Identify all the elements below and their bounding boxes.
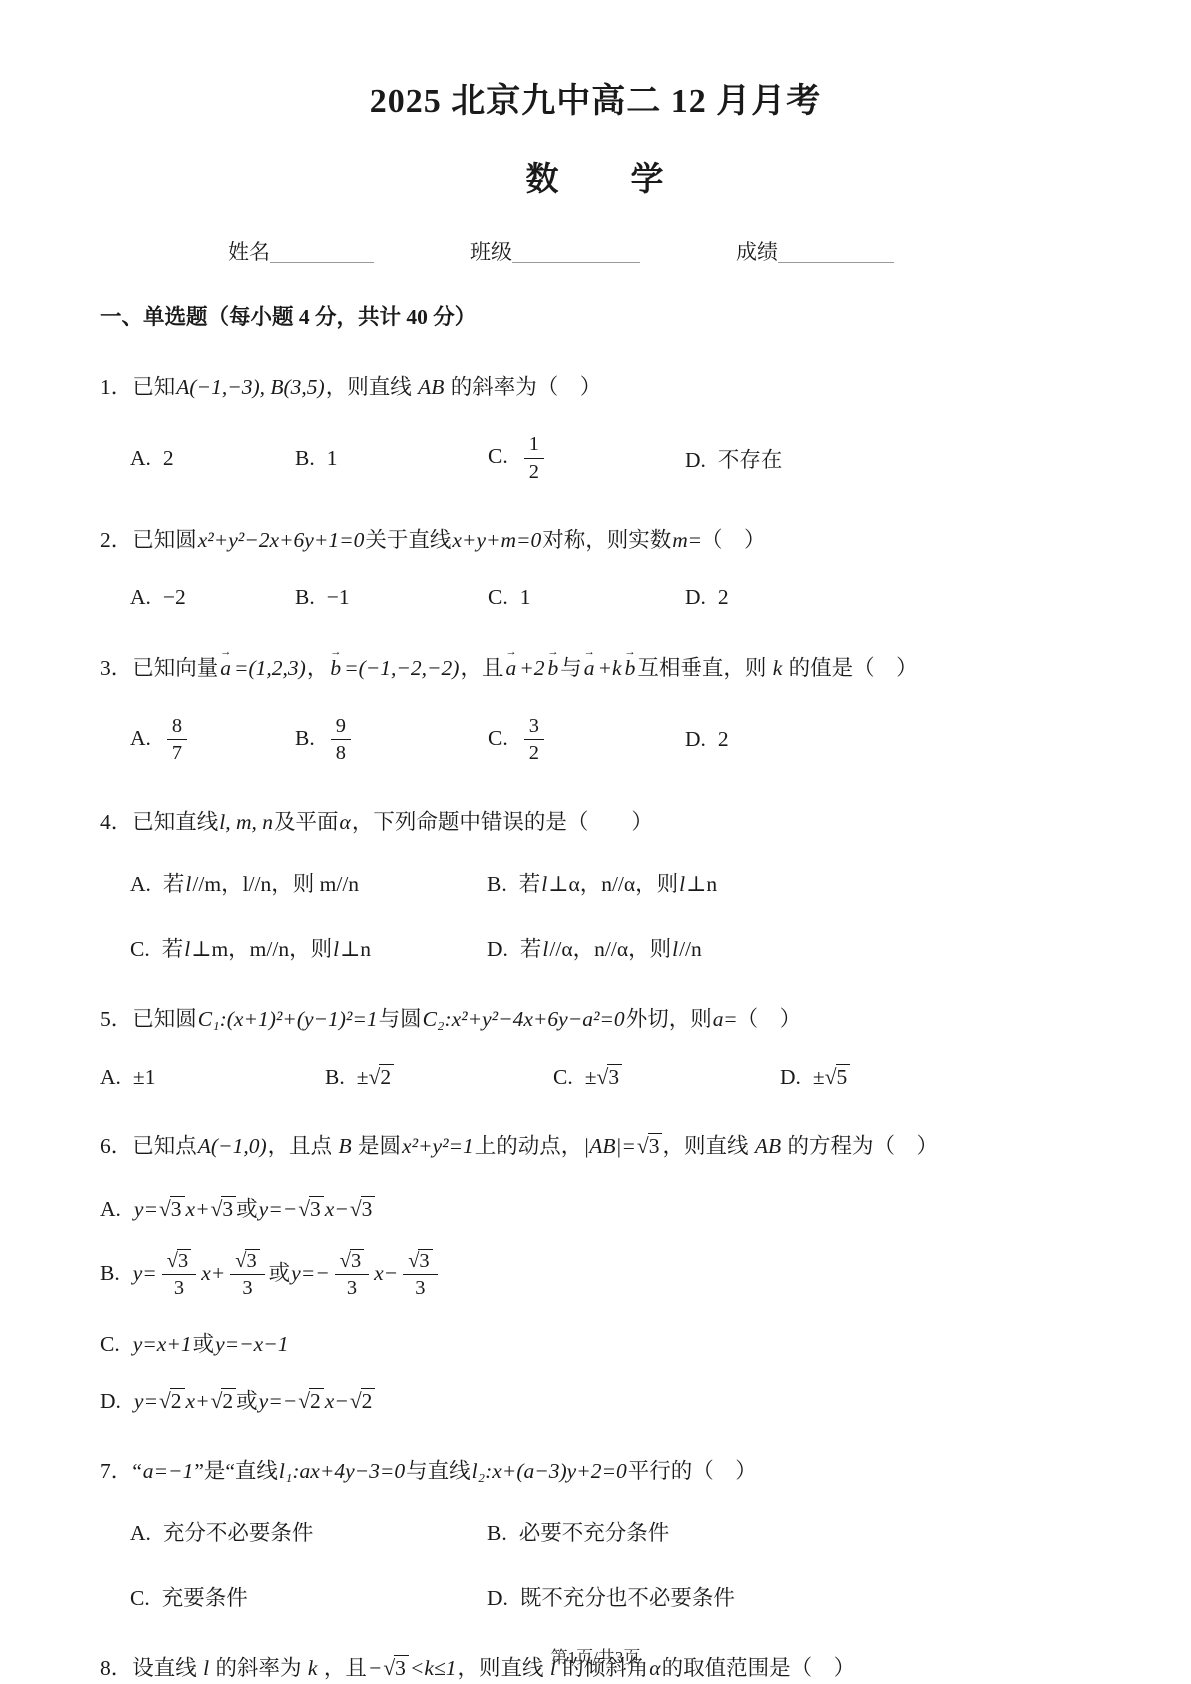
question-6-stem: 6．已知点A(−1,0)，且点 B 是圆x²+y²=1上的动点，|AB|=√3，… <box>100 1130 1091 1163</box>
text-run: ， <box>307 656 329 680</box>
math-run: l, m, n <box>218 810 274 834</box>
question-4-option-B: B.若l⊥α，n//α，则l⊥n <box>487 867 1091 898</box>
sqrt-expression: √3 <box>167 1249 191 1274</box>
text-run: 2 <box>718 585 729 609</box>
sqrt-expression: √2 <box>350 1388 376 1414</box>
text-run: 4．已知直线 <box>100 810 218 834</box>
text-run: ± <box>585 1065 597 1089</box>
text-run: 必要不充分条件 <box>519 1521 670 1545</box>
sqrt-expression: √3 <box>211 1196 237 1222</box>
fraction: √33 <box>162 1249 196 1301</box>
text-run: 若 <box>520 937 542 961</box>
math-run: y= <box>133 1197 159 1221</box>
fraction: 12 <box>524 432 544 484</box>
text-run: 8 <box>336 742 346 764</box>
question-4-stem: 4．已知直线l, m, n及平面α，下列命题中错误的是（ ） <box>100 806 1091 839</box>
text-run: 不存在 <box>718 448 783 472</box>
sqrt-expression: √2 <box>369 1064 395 1090</box>
option-label: D. <box>100 1389 121 1413</box>
question-1-options: A.2B.1C.12D.不存在 <box>100 432 1091 484</box>
text-run: ±1 <box>133 1065 156 1089</box>
math-run: x− <box>373 1261 399 1285</box>
radicand: 2 <box>221 1388 236 1414</box>
text-run: 5 <box>837 1065 848 1089</box>
name-blank-line <box>270 261 374 263</box>
option-label: B. <box>487 872 507 896</box>
math-run: x²+y²=1 <box>401 1134 475 1158</box>
text-run: 与直线 <box>406 1459 471 1483</box>
vector-symbol: a <box>582 652 597 685</box>
option-content: 2 <box>163 446 174 470</box>
math-run: +k <box>597 656 623 680</box>
question-1-option-D: D.不存在 <box>685 443 1091 474</box>
option-content: y=x+1或y=−x−1 <box>132 1332 290 1356</box>
question-6-option-A: A.y=√3x+√3或y=−√3x−√3 <box>100 1192 1091 1223</box>
question-7-stem: 7．“a=−1”是“直线l₁:ax+4y−3=0与直线l₂:x+(a−3)y+2… <box>100 1455 1091 1488</box>
class-field: 班级 <box>470 236 640 266</box>
radicand: 3 <box>170 1196 185 1222</box>
text-run: 与圆 <box>379 1007 422 1031</box>
text-run: 外切，则 <box>626 1007 712 1031</box>
question-5-option-D: D.±√5 <box>780 1064 1091 1090</box>
sqrt-expression: √3 <box>340 1249 364 1274</box>
text-run: 2 <box>718 727 729 751</box>
question-2-option-B: B.−1 <box>295 585 488 610</box>
math-run: y=x+1 <box>132 1332 193 1356</box>
sqrt-expression: √5 <box>825 1064 851 1090</box>
text-run: 既不充分也不必要条件 <box>520 1586 735 1610</box>
question-5-options: A.±1B.±√2C.±√3D.±√5 <box>100 1064 1091 1090</box>
radicand: 3 <box>361 1196 376 1222</box>
option-content: ±√2 <box>357 1065 394 1089</box>
vector-symbol: b <box>623 652 638 685</box>
option-label: B. <box>325 1065 345 1089</box>
text-run: ⊥n <box>686 872 717 896</box>
option-label: A. <box>130 726 151 750</box>
option-content: 32 <box>520 726 548 750</box>
denominator: 3 <box>230 1275 264 1301</box>
question-3: 3．已知向量a=(1,2,3)，b=(−1,−2,−2)，且a+2b与a+kb互… <box>100 650 1091 765</box>
fraction: 87 <box>167 714 187 766</box>
text-run: 3 <box>608 1065 619 1089</box>
question-7-option-B: B.必要不充分条件 <box>487 1516 1091 1547</box>
sqrt-expression: √3 <box>235 1249 259 1274</box>
text-run: ± <box>813 1065 825 1089</box>
text-run: 3 <box>415 1277 425 1299</box>
text-run: ，则直线 <box>326 375 417 399</box>
option-content: 1 <box>327 446 338 470</box>
option-content: ±√3 <box>585 1065 622 1089</box>
math-run: l <box>332 937 340 961</box>
math-run: |AB|= <box>582 1134 637 1158</box>
option-label: B. <box>100 1261 120 1285</box>
text-run: 2 <box>163 446 174 470</box>
question-2-options: A.−2B.−1C.1D.2 <box>100 585 1091 610</box>
math-run: l₁:ax+4y−3=0 <box>278 1459 406 1483</box>
text-run: 2 <box>529 461 539 483</box>
math-run: x+ <box>200 1261 226 1285</box>
text-run: 或 <box>236 1197 258 1221</box>
text-run: 1 <box>520 585 531 609</box>
text-run: ，且 <box>460 656 503 680</box>
radicand: 3 <box>221 1196 236 1222</box>
text-run: 若 <box>162 937 184 961</box>
option-label: C. <box>553 1065 573 1089</box>
denominator: 3 <box>162 1275 196 1301</box>
text-run: 的斜率为（ ） <box>445 375 601 399</box>
radicand: 5 <box>836 1064 851 1090</box>
text-run: ⊥n <box>340 937 371 961</box>
math-run: m <box>671 528 689 552</box>
option-content: y=√33x+√33或y=−√33x−√33 <box>132 1261 442 1285</box>
option-label: B. <box>295 726 315 750</box>
question-4-option-A: A.若l//m，l//n，则 m//n <box>130 867 487 898</box>
page-content: 2025 北京九中高二 12 月月考 数 学 姓名 班级 成绩 一、单选题（每小… <box>0 0 1191 1684</box>
option-label: B. <box>295 585 315 609</box>
text-run: 6．已知点 <box>100 1134 197 1158</box>
math-run: =(1,2,3) <box>233 656 307 680</box>
vector-symbol: b <box>328 652 343 685</box>
page-title: 2025 北京九中高二 12 月月考 <box>100 0 1091 123</box>
sqrt-expression: √3 <box>298 1196 324 1222</box>
text-run: 互相垂直，则 <box>637 656 771 680</box>
numerator: 8 <box>167 714 187 741</box>
text-run: 3 <box>347 1277 357 1299</box>
fraction: √33 <box>230 1249 264 1301</box>
sqrt-expression: √3 <box>408 1249 432 1274</box>
math-run: AB <box>417 375 445 399</box>
text-run: 3 <box>222 1197 233 1221</box>
text-run: 的方程为（ ） <box>782 1134 938 1158</box>
question-5-option-A: A.±1 <box>100 1065 325 1090</box>
radicand: 2 <box>170 1388 185 1414</box>
section-heading: 一、单选题（每小题 4 分，共计 40 分） <box>100 300 1091 331</box>
text-run: 或 <box>236 1389 258 1413</box>
option-label: A. <box>130 585 151 609</box>
question-3-option-C: C.32 <box>488 714 685 766</box>
option-content: 若l//m，l//n，则 m//n <box>163 872 359 896</box>
text-run: ，且点 <box>268 1134 338 1158</box>
denominator: 3 <box>403 1275 437 1301</box>
text-run: 或 <box>193 1332 215 1356</box>
radicand: 3 <box>309 1196 324 1222</box>
question-1-option-C: C.12 <box>488 432 685 484</box>
option-content: 必要不充分条件 <box>519 1521 670 1545</box>
text-run: ⊥m，m//n，则 <box>191 937 332 961</box>
text-run: 3．已知向量 <box>100 656 218 680</box>
question-6-option-D: D.y=√2x+√2或y=−√2x−√2 <box>100 1384 1091 1415</box>
math-run: A(−1,−3), B(3,5) <box>175 375 325 399</box>
math-run: l <box>678 872 686 896</box>
text-run: 与 <box>560 656 582 680</box>
question-1-stem: 1．已知A(−1,−3), B(3,5)，则直线 AB 的斜率为（ ） <box>100 371 1091 404</box>
math-run: =(−1,−2,−2) <box>343 656 460 680</box>
radicand: 3 <box>648 1133 663 1159</box>
page-footer: 第1页/共3页 <box>0 1643 1191 1668</box>
page-number: 第1页/共3页 <box>551 1648 641 1667</box>
text-run: 3 <box>351 1250 361 1272</box>
math-run: x+y+m=0 <box>451 528 542 552</box>
text-run: ± <box>357 1065 369 1089</box>
fraction: √33 <box>335 1249 369 1301</box>
numerator: 9 <box>331 714 351 741</box>
radicand: 3 <box>177 1249 191 1273</box>
math-run: y=−x−1 <box>214 1332 289 1356</box>
name-label: 姓名 <box>228 236 270 266</box>
option-label: D. <box>487 937 508 961</box>
question-1-option-A: A.2 <box>130 446 295 471</box>
text-run: 2 <box>310 1389 321 1413</box>
question-3-option-D: D.2 <box>685 727 1091 752</box>
option-content: −1 <box>327 585 350 609</box>
text-run: ，则直线 <box>662 1134 753 1158</box>
text-run: 3 <box>362 1197 373 1221</box>
math-run: x+ <box>185 1197 211 1221</box>
sqrt-expression: √3 <box>350 1196 376 1222</box>
question-6-option-C: C.y=x+1或y=−x−1 <box>100 1327 1091 1358</box>
sqrt-expression: √2 <box>159 1388 185 1414</box>
text-run: 2 <box>362 1389 373 1413</box>
option-label: A. <box>100 1197 121 1221</box>
class-label: 班级 <box>470 236 512 266</box>
text-run: 1 <box>529 433 539 455</box>
math-run: x− <box>324 1197 350 1221</box>
question-5-option-C: C.±√3 <box>553 1064 780 1090</box>
option-label: A. <box>130 1521 151 1545</box>
math-run: y= <box>132 1261 158 1285</box>
question-7-option-C: C.充要条件 <box>130 1581 487 1612</box>
option-content: 若l⊥α，n//α，则l⊥n <box>519 872 717 896</box>
option-label: A. <box>130 872 151 896</box>
denominator: 2 <box>524 459 544 485</box>
sqrt-expression: √3 <box>637 1130 663 1163</box>
question-4-option-D: D.若l//α，n//α，则l//n <box>487 932 1091 963</box>
text-run: 9 <box>336 715 346 737</box>
option-label: C. <box>130 937 150 961</box>
math-run: AB <box>754 1134 782 1158</box>
option-label: C. <box>488 585 508 609</box>
text-run: 2 <box>222 1389 233 1413</box>
denominator: 7 <box>167 740 187 766</box>
question-3-options: A.87B.98C.32D.2 <box>100 714 1091 766</box>
question-3-stem: 3．已知向量a=(1,2,3)，b=(−1,−2,−2)，且a+2b与a+kb互… <box>100 650 1091 685</box>
text-run: 3 <box>310 1197 321 1221</box>
option-label: D. <box>685 448 706 472</box>
exam-page: 2025 北京九中高二 12 月月考 数 学 姓名 班级 成绩 一、单选题（每小… <box>0 0 1191 1684</box>
class-blank-line <box>512 261 640 263</box>
numerator: √3 <box>230 1249 264 1276</box>
math-run: x²+y²−2x+6y+1=0 <box>197 528 366 552</box>
question-6-options: A.y=√3x+√3或y=−√3x−√3B.y=√33x+√33或y=−√33x… <box>100 1192 1091 1415</box>
text-run: 平行的（ ） <box>628 1459 757 1483</box>
question-6-option-B: B.y=√33x+√33或y=−√33x−√33 <box>100 1249 1091 1301</box>
text-run: 3 <box>649 1134 660 1158</box>
fraction: √33 <box>403 1249 437 1301</box>
option-content: 若l⊥m，m//n，则l⊥n <box>162 937 371 961</box>
question-2-stem: 2．已知圆x²+y²−2x+6y+1=0关于直线x+y+m=0对称，则实数m=（… <box>100 524 1091 557</box>
option-label: A. <box>100 1065 121 1089</box>
subject-title: 数 学 <box>100 153 1091 200</box>
question-7: 7．“a=−1”是“直线l₁:ax+4y−3=0与直线l₂:x+(a−3)y+2… <box>100 1455 1091 1612</box>
text-run: 2 <box>380 1065 391 1089</box>
option-label: D. <box>487 1586 508 1610</box>
radicand: 2 <box>361 1388 376 1414</box>
option-content: 2 <box>718 727 729 751</box>
name-field: 姓名 <box>228 236 374 266</box>
fraction: 32 <box>524 714 544 766</box>
radicand: 3 <box>245 1249 259 1273</box>
question-7-options: A.充分不必要条件B.必要不充分条件C.充要条件D.既不充分也不必要条件 <box>100 1516 1091 1612</box>
question-1: 1．已知A(−1,−3), B(3,5)，则直线 AB 的斜率为（ ）A.2B.… <box>100 371 1091 484</box>
sqrt-expression: √3 <box>159 1196 185 1222</box>
text-run: //m，l//n，则 m//n <box>192 872 359 896</box>
text-run: 7 <box>172 742 182 764</box>
math-run: B <box>338 1134 353 1158</box>
math-run: α <box>339 810 352 834</box>
option-content: ±1 <box>133 1065 156 1089</box>
text-run: 3 <box>419 1250 429 1272</box>
text-run: 2．已知圆 <box>100 528 197 552</box>
option-label: B. <box>295 446 315 470</box>
math-run: a=−1 <box>142 1459 195 1483</box>
math-run: y=− <box>290 1261 331 1285</box>
option-content: 98 <box>327 726 355 750</box>
text-run: 的值是（ ） <box>783 656 917 680</box>
math-run: x− <box>324 1389 350 1413</box>
text-run: 3 <box>174 1277 184 1299</box>
text-run: 3 <box>242 1277 252 1299</box>
denominator: 8 <box>331 740 351 766</box>
sqrt-expression: √3 <box>597 1064 623 1090</box>
numerator: 3 <box>524 714 544 741</box>
text-run: 7．“ <box>100 1459 142 1483</box>
question-2-option-D: D.2 <box>685 585 1091 610</box>
option-label: C. <box>130 1586 150 1610</box>
text-run: 及平面 <box>274 810 339 834</box>
text-run: =（ ） <box>689 528 766 552</box>
text-run: 2 <box>171 1389 182 1413</box>
text-run: //α，n//α，则 <box>549 937 671 961</box>
denominator: 2 <box>524 740 544 766</box>
text-run: 1．已知 <box>100 375 175 399</box>
text-run: 上的动点， <box>475 1134 583 1158</box>
option-content: −2 <box>163 585 186 609</box>
numerator: √3 <box>403 1249 437 1276</box>
text-run: 充分不必要条件 <box>163 1521 314 1545</box>
score-label: 成绩 <box>736 236 778 266</box>
text-run: 若 <box>519 872 541 896</box>
question-3-option-B: B.98 <box>295 714 488 766</box>
text-run: 8 <box>172 715 182 737</box>
option-content: 2 <box>718 585 729 609</box>
text-run: =（ ） <box>724 1007 801 1031</box>
sqrt-expression: √2 <box>211 1388 237 1414</box>
text-run: 关于直线 <box>365 528 451 552</box>
math-run: k <box>772 656 784 680</box>
text-run: 3 <box>178 1250 188 1272</box>
text-run: 或 <box>269 1261 291 1285</box>
fraction: 98 <box>331 714 351 766</box>
score-blank-line <box>778 261 894 263</box>
question-5-stem: 5．已知圆C₁:(x+1)²+(y−1)²=1与圆C₂:x²+y²−4x+6y−… <box>100 1003 1091 1036</box>
radicand: 2 <box>309 1388 324 1414</box>
radicand: 3 <box>350 1249 364 1273</box>
option-content: 若l//α，n//α，则l//n <box>520 937 702 961</box>
option-label: D. <box>780 1065 801 1089</box>
option-content: 12 <box>520 444 548 468</box>
question-7-option-D: D.既不充分也不必要条件 <box>487 1581 1091 1612</box>
math-run: y=− <box>258 1389 299 1413</box>
numerator: √3 <box>162 1249 196 1276</box>
text-run: 充要条件 <box>162 1586 248 1610</box>
text-run: ⊥α，n//α，则 <box>548 872 678 896</box>
math-run: y= <box>133 1389 159 1413</box>
text-run: ”是“直线 <box>194 1459 278 1483</box>
question-5: 5．已知圆C₁:(x+1)²+(y−1)²=1与圆C₂:x²+y²−4x+6y−… <box>100 1003 1091 1090</box>
question-4: 4．已知直线l, m, n及平面α，下列命题中错误的是（ ）A.若l//m，l/… <box>100 806 1091 963</box>
option-content: ±√5 <box>813 1065 850 1089</box>
text-run: 5．已知圆 <box>100 1007 197 1031</box>
option-content: 1 <box>520 585 531 609</box>
radicand: 2 <box>379 1064 394 1090</box>
option-label: B. <box>487 1521 507 1545</box>
question-2-option-A: A.−2 <box>130 585 295 610</box>
math-run: l <box>671 937 679 961</box>
question-6: 6．已知点A(−1,0)，且点 B 是圆x²+y²=1上的动点，|AB|=√3，… <box>100 1130 1091 1414</box>
math-run: +2 <box>518 656 545 680</box>
text-run: 是圆 <box>353 1134 401 1158</box>
math-run: C₁:(x+1)²+(y−1)²=1 <box>197 1007 379 1031</box>
score-field: 成绩 <box>736 236 894 266</box>
text-run: 3 <box>246 1250 256 1272</box>
option-label: D. <box>685 727 706 751</box>
numerator: √3 <box>335 1249 369 1276</box>
text-run: 3 <box>529 715 539 737</box>
math-run: a <box>712 1007 725 1031</box>
math-run: A(−1,0) <box>197 1134 268 1158</box>
denominator: 3 <box>335 1275 369 1301</box>
option-content: 不存在 <box>718 448 783 472</box>
option-content: y=√3x+√3或y=−√3x−√3 <box>133 1197 376 1221</box>
question-2: 2．已知圆x²+y²−2x+6y+1=0关于直线x+y+m=0对称，则实数m=（… <box>100 524 1091 610</box>
vector-symbol: a <box>218 652 233 685</box>
question-3-option-A: A.87 <box>130 714 295 766</box>
math-run: x+ <box>185 1389 211 1413</box>
radicand: 3 <box>418 1249 432 1273</box>
question-7-option-A: A.充分不必要条件 <box>130 1516 487 1547</box>
numerator: 1 <box>524 432 544 459</box>
math-run: l₂:x+(a−3)y+2=0 <box>471 1459 628 1483</box>
radicand: 3 <box>607 1064 622 1090</box>
text-run: 2 <box>529 742 539 764</box>
math-run: y=− <box>258 1197 299 1221</box>
option-content: 充要条件 <box>162 1586 248 1610</box>
question-5-option-B: B.±√2 <box>325 1064 553 1090</box>
vector-symbol: a <box>503 652 518 685</box>
option-content: y=√2x+√2或y=−√2x−√2 <box>133 1389 376 1413</box>
math-run: C₂:x²+y²−4x+6y−a²=0 <box>422 1007 626 1031</box>
text-run: −1 <box>327 585 350 609</box>
option-label: C. <box>100 1332 120 1356</box>
text-run: 对称，则实数 <box>542 528 671 552</box>
option-label: C. <box>488 726 508 750</box>
text-run: ，下列命题中错误的是（ ） <box>352 810 653 834</box>
sqrt-expression: √2 <box>298 1388 324 1414</box>
text-run: //n <box>679 937 702 961</box>
question-1-option-B: B.1 <box>295 446 488 471</box>
option-label: A. <box>130 446 151 470</box>
option-content: 87 <box>163 726 191 750</box>
